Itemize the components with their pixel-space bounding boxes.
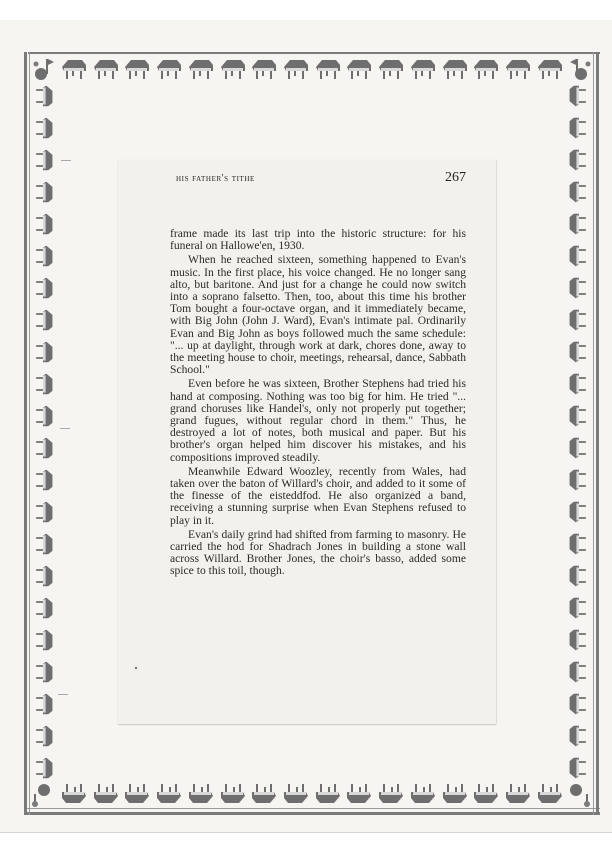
piano-icon: [567, 372, 591, 396]
piano-icon: [314, 782, 342, 806]
piano-icon: [567, 404, 591, 428]
piano-icon: [567, 180, 591, 204]
piano-icon: [250, 57, 278, 81]
paragraph: When he reached sixteen, something happe…: [170, 254, 466, 376]
piano-icon: [567, 116, 591, 140]
piano-icon: [345, 57, 373, 81]
piano-icon: [31, 372, 55, 396]
piano-icon: [219, 57, 247, 81]
frame-left-line: [24, 52, 27, 815]
piano-icon: [567, 660, 591, 684]
piano-icon: [31, 500, 55, 524]
musical-note-icon: [30, 782, 56, 808]
piano-icon: [567, 276, 591, 300]
piano-icon: [31, 404, 55, 428]
musical-note-icon: [32, 56, 58, 82]
piano-icon: [345, 782, 373, 806]
piano-icon: [536, 57, 564, 81]
piano-icon: [31, 756, 55, 780]
piano-icon: [31, 340, 55, 364]
piano-icon: [31, 436, 55, 460]
piano-icon: [31, 84, 55, 108]
piano-icon: [31, 276, 55, 300]
piano-icon: [504, 782, 532, 806]
piano-icon: [187, 782, 215, 806]
chapter-title: HIS FATHER'S TITHE: [176, 173, 255, 184]
frame-right-inner-line: [593, 52, 594, 815]
piano-icon: [567, 148, 591, 172]
piano-icon: [123, 57, 151, 81]
page-number: 267: [445, 170, 466, 186]
piano-icon: [409, 57, 437, 81]
piano-icon: [409, 782, 437, 806]
piano-icon: [31, 660, 55, 684]
paragraph: frame made its last trip into the histor…: [170, 228, 466, 252]
piano-icon: [31, 596, 55, 620]
border-right-pianos: [566, 84, 592, 780]
piano-icon: [155, 57, 183, 81]
piano-icon: [123, 782, 151, 806]
piano-icon: [31, 564, 55, 588]
piano-icon: [567, 724, 591, 748]
piano-icon: [60, 782, 88, 806]
piano-icon: [31, 692, 55, 716]
paragraph: Evan's daily grind had shifted from farm…: [170, 529, 466, 578]
body-text: frame made its last trip into the histor…: [170, 228, 466, 580]
piano-icon: [567, 756, 591, 780]
piano-icon: [472, 57, 500, 81]
piano-icon: [250, 782, 278, 806]
scan-bottom-margin: [0, 832, 612, 842]
piano-icon: [31, 244, 55, 268]
piano-icon: [567, 340, 591, 364]
piano-icon: [472, 782, 500, 806]
frame-top-line: [28, 52, 600, 54]
piano-icon: [567, 596, 591, 620]
paragraph: Even before he was sixteen, Brother Step…: [170, 378, 466, 463]
piano-icon: [31, 628, 55, 652]
piano-icon: [567, 564, 591, 588]
piano-icon: [567, 212, 591, 236]
book-page: HIS FATHER'S TITHE 267 frame made its la…: [118, 160, 496, 724]
piano-icon: [567, 692, 591, 716]
piano-icon: [567, 532, 591, 556]
piano-icon: [282, 57, 310, 81]
stray-mark: [60, 428, 70, 429]
piano-icon: [60, 57, 88, 81]
piano-icon: [282, 782, 310, 806]
paragraph: Meanwhile Edward Woozley, recently from …: [170, 466, 466, 527]
piano-icon: [92, 782, 120, 806]
piano-icon: [536, 782, 564, 806]
piano-icon: [31, 724, 55, 748]
musical-note-icon: [566, 782, 592, 808]
border-left-pianos: [30, 84, 56, 780]
piano-icon: [567, 468, 591, 492]
scan-top-margin: [0, 0, 612, 20]
stray-mark: [61, 160, 71, 161]
frame-right-line: [596, 52, 599, 815]
ink-speck: [135, 667, 137, 669]
piano-icon: [219, 782, 247, 806]
piano-icon: [31, 148, 55, 172]
frame-bottom-line: [26, 812, 600, 815]
piano-icon: [567, 84, 591, 108]
frame-bottom-inner-line: [26, 808, 600, 809]
piano-icon: [314, 57, 342, 81]
piano-icon: [92, 57, 120, 81]
stray-mark: [58, 694, 68, 695]
piano-icon: [31, 180, 55, 204]
piano-icon: [567, 500, 591, 524]
piano-icon: [155, 782, 183, 806]
piano-icon: [187, 57, 215, 81]
piano-icon: [441, 57, 469, 81]
piano-icon: [31, 116, 55, 140]
piano-icon: [377, 782, 405, 806]
piano-icon: [377, 57, 405, 81]
piano-icon: [31, 468, 55, 492]
border-bottom-pianos: [60, 782, 564, 806]
piano-icon: [31, 532, 55, 556]
piano-icon: [567, 436, 591, 460]
piano-icon: [567, 244, 591, 268]
musical-note-icon: [566, 56, 592, 82]
border-top-pianos: [60, 56, 564, 82]
piano-icon: [31, 308, 55, 332]
piano-icon: [31, 212, 55, 236]
running-head: HIS FATHER'S TITHE 267: [176, 170, 466, 190]
piano-icon: [504, 57, 532, 81]
piano-icon: [567, 308, 591, 332]
piano-icon: [567, 628, 591, 652]
piano-icon: [441, 782, 469, 806]
